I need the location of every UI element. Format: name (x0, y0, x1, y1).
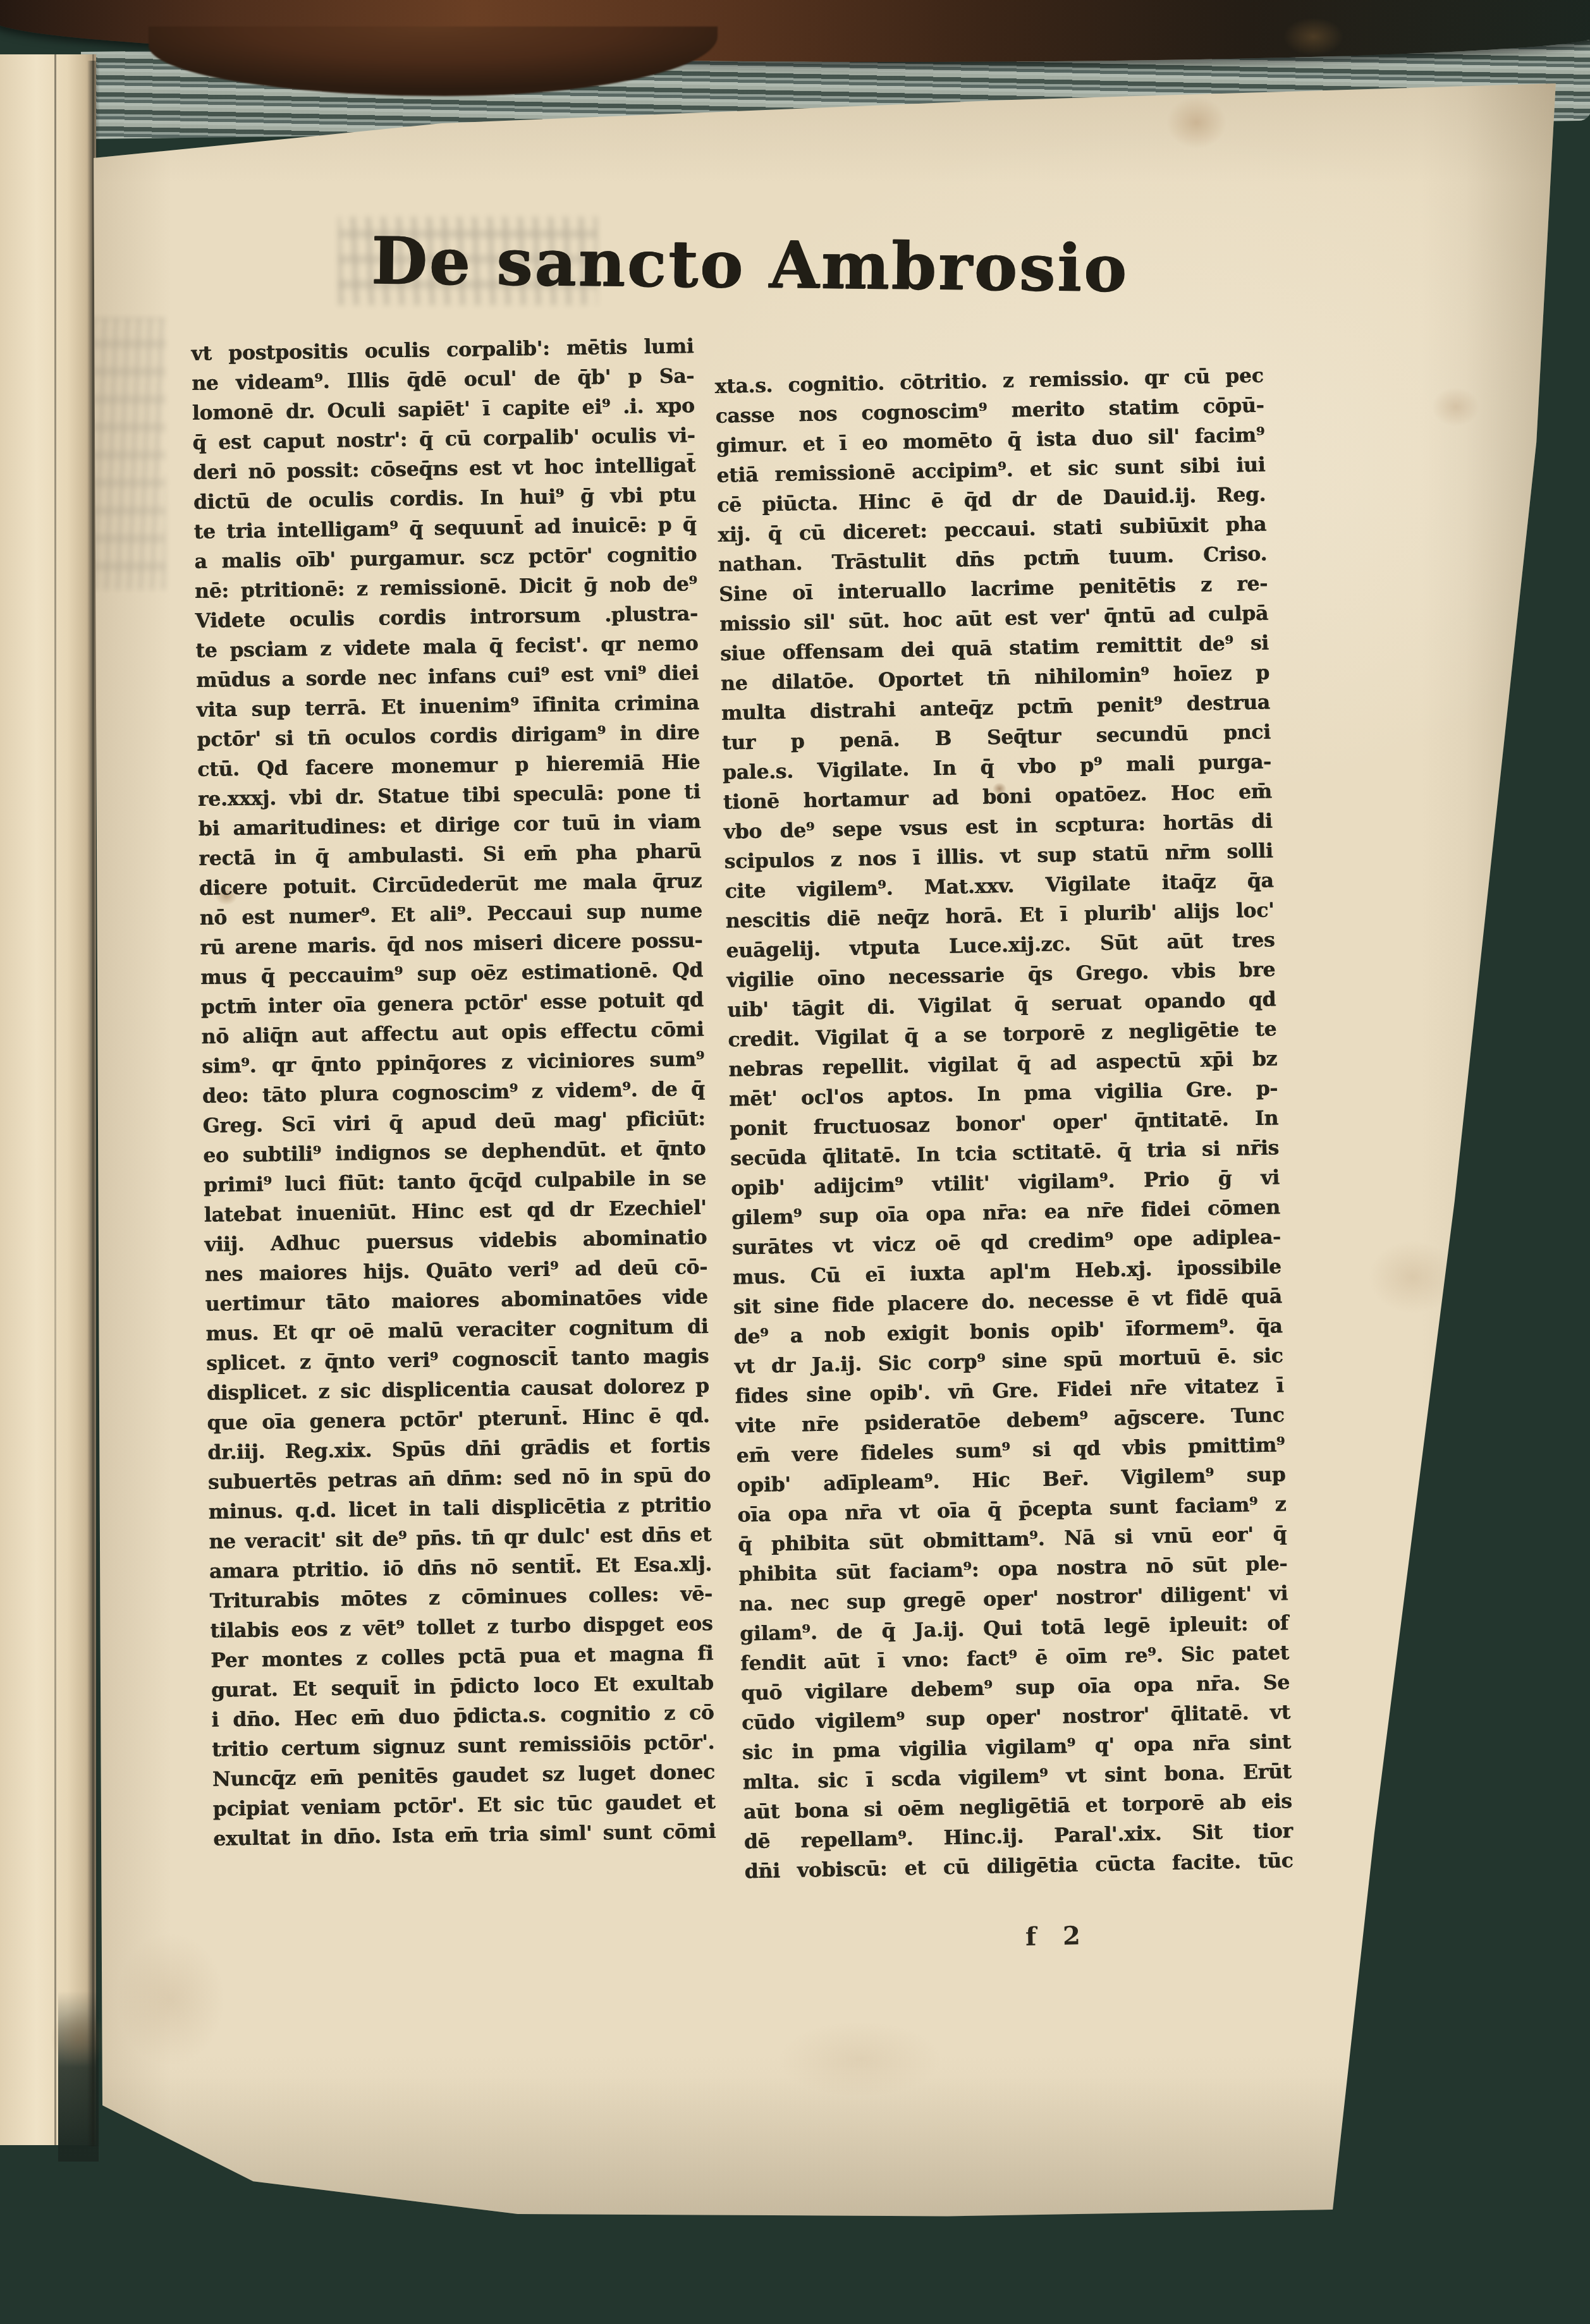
gutter-page-edge-strip (0, 54, 96, 2145)
foxing-stain (1369, 1241, 1457, 1313)
quire-signature: f 2 (1025, 1921, 1090, 1952)
foxing-stain (117, 1933, 224, 2065)
scanned-book-photo: De sancto Ambrosio vt postpositis oculis… (0, 0, 1590, 2324)
text-column-left: vt postpositis oculis corpalib': mētis l… (191, 331, 716, 1854)
foxing-stain (1166, 97, 1226, 149)
book-page: De sancto Ambrosio vt postpositis oculis… (82, 75, 1569, 2249)
text-column-right: xta.s. cognitio. cōtritio. z remissio. q… (714, 361, 1293, 1887)
foxing-stain (1536, 1080, 1574, 1162)
foxing-stain (1432, 387, 1479, 427)
running-title: De sancto Ambrosio (82, 226, 1418, 304)
gutter-crease-line (54, 54, 56, 2145)
foxing-stain (778, 2021, 942, 2097)
ink-show-through (91, 318, 166, 590)
